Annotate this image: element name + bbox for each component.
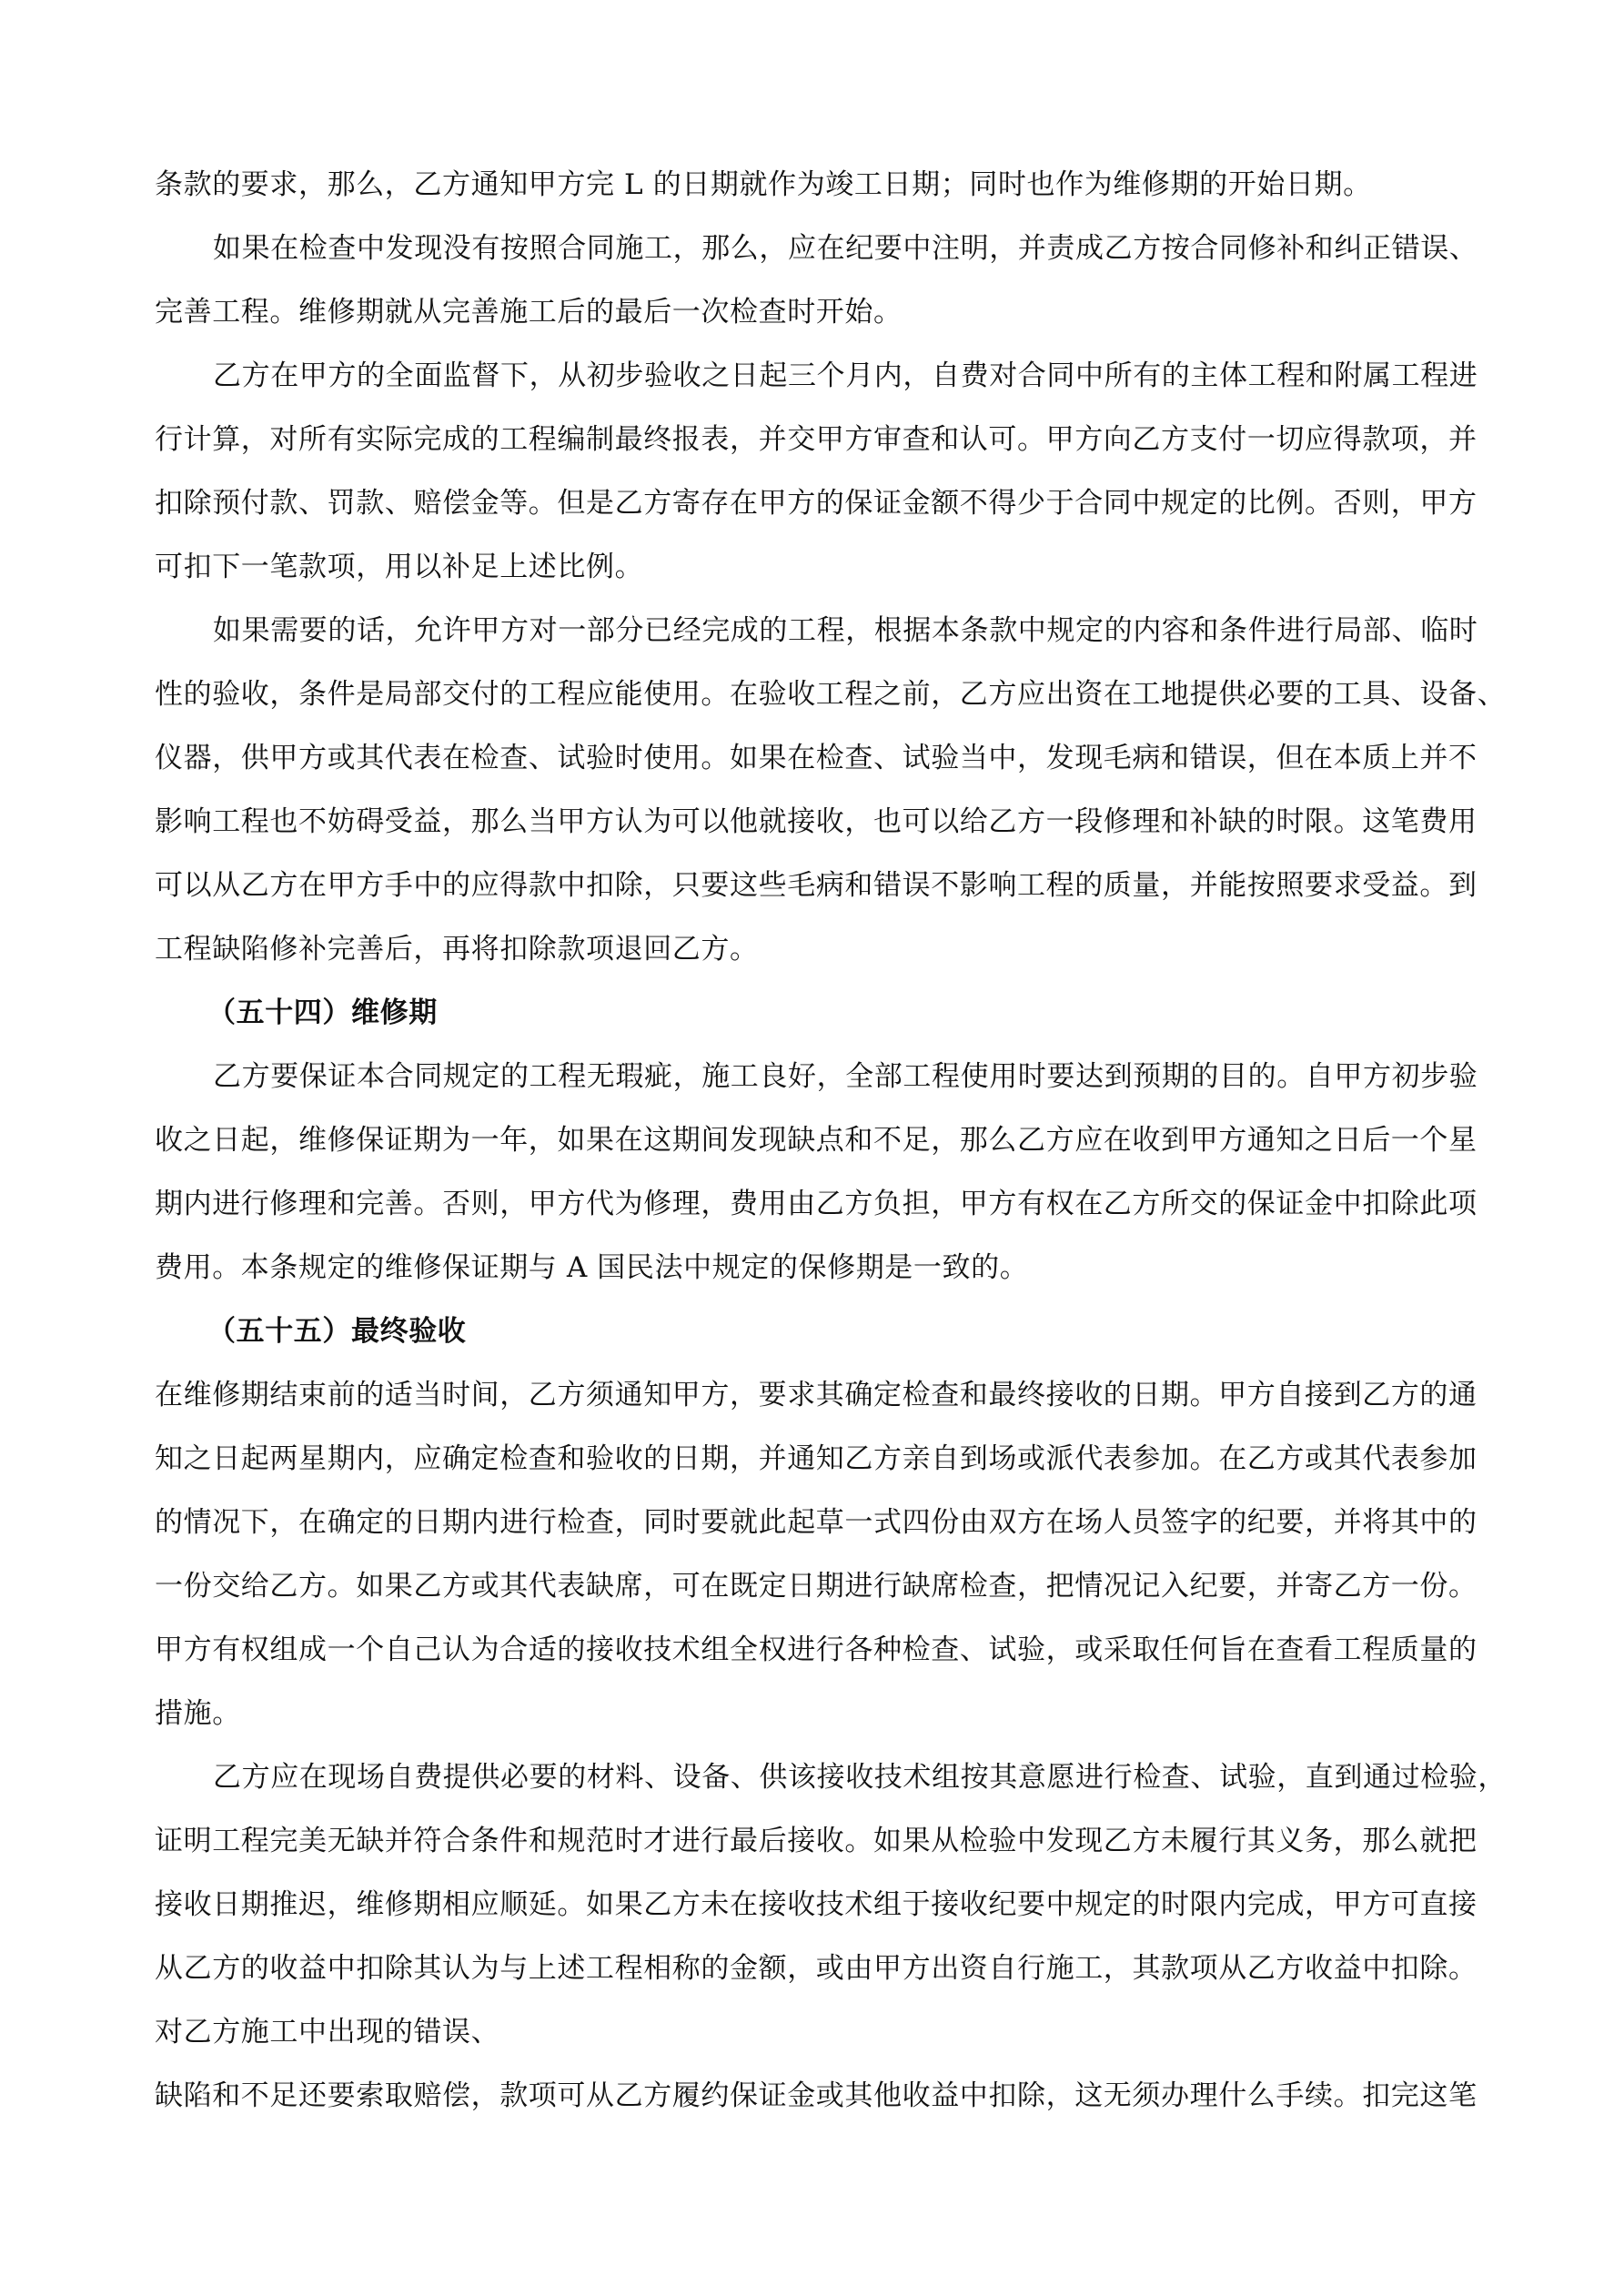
document-page: 条款的要求，那么，乙方通知甲方完 L 的日期就作为竣工日期；同时也作为维修期的开…	[155, 153, 1474, 2128]
body-text-line: 完善工程。维修期就从完善施工后的最后一次检查时开始。	[155, 280, 1474, 344]
body-text-line: 行计算，对所有实际完成的工程编制最终报表，并交甲方审查和认可。甲方向乙方支付一切…	[155, 408, 1474, 471]
body-text-line: 措施。	[155, 1682, 1474, 1745]
body-text-line: 扣除预付款、罚款、赔偿金等。但是乙方寄存在甲方的保证金额不得少于合同中规定的比例…	[155, 471, 1474, 535]
body-text-line: 收之日起，维修保证期为一年，如果在这期间发现缺点和不足，那么乙方应在收到甲方通知…	[155, 1108, 1474, 1172]
body-text-line: 从乙方的收益中扣除其认为与上述工程相称的金额，或由甲方出资自行施工，其款项从乙方…	[155, 1937, 1474, 2000]
body-text-line: 如果需要的话，允许甲方对一部分已经完成的工程，根据本条款中规定的内容和条件进行局…	[155, 599, 1474, 663]
body-text-line: 知之日起两星期内，应确定检查和验收的日期，并通知乙方亲自到场或派代表参加。在乙方…	[155, 1427, 1474, 1491]
body-text-line: 影响工程也不妨碍受益，那么当甲方认为可以他就接收，也可以给乙方一段修理和补缺的时…	[155, 790, 1474, 854]
body-text-line: 可扣下一笔款项，用以补足上述比例。	[155, 535, 1474, 599]
section-heading: （五十五）最终验收	[155, 1300, 1474, 1363]
section-heading: （五十四）维修期	[155, 981, 1474, 1045]
body-text-line: 性的验收，条件是局部交付的工程应能使用。在验收工程之前，乙方应出资在工地提供必要…	[155, 663, 1474, 726]
body-text-line: 甲方有权组成一个自己认为合适的接收技术组全权进行各种检查、试验，或采取任何旨在查…	[155, 1618, 1474, 1682]
body-text-line: 可以从乙方在甲方手中的应得款中扣除，只要这些毛病和错误不影响工程的质量，并能按照…	[155, 854, 1474, 917]
body-text-line: 一份交给乙方。如果乙方或其代表缺席，可在既定日期进行缺席检查，把情况记入纪要，并…	[155, 1554, 1474, 1618]
body-text-line: 的情况下，在确定的日期内进行检查，同时要就此起草一式四份由双方在场人员签字的纪要…	[155, 1491, 1474, 1554]
body-text-line: 乙方应在现场自费提供必要的材料、设备、供该接收技术组按其意愿进行检查、试验，直到…	[155, 1745, 1474, 1809]
body-text-line: 工程缺陷修补完善后，再将扣除款项退回乙方。	[155, 917, 1474, 981]
body-text-line: 在维修期结束前的适当时间，乙方须通知甲方，要求其确定检查和最终接收的日期。甲方自…	[155, 1363, 1474, 1427]
body-text-line: 仪器，供甲方或其代表在检查、试验时使用。如果在检查、试验当中，发现毛病和错误，但…	[155, 726, 1474, 790]
body-text-line: 如果在检查中发现没有按照合同施工，那么，应在纪要中注明，并责成乙方按合同修补和纠…	[155, 217, 1474, 280]
body-text-line: 条款的要求，那么，乙方通知甲方完 L 的日期就作为竣工日期；同时也作为维修期的开…	[155, 153, 1474, 217]
body-text-line: 费用。本条规定的维修保证期与 A 国民法中规定的保修期是一致的。	[155, 1236, 1474, 1300]
body-text-line: 接收日期推迟，维修期相应顺延。如果乙方未在接收技术组于接收纪要中规定的时限内完成…	[155, 1873, 1474, 1937]
body-text-line: 乙方在甲方的全面监督下，从初步验收之日起三个月内，自费对合同中所有的主体工程和附…	[155, 344, 1474, 408]
body-text-line: 期内进行修理和完善。否则，甲方代为修理，费用由乙方负担，甲方有权在乙方所交的保证…	[155, 1172, 1474, 1236]
body-text-line: 对乙方施工中出现的错误、	[155, 2000, 1474, 2064]
body-text-line: 证明工程完美无缺并符合条件和规范时才进行最后接收。如果从检验中发现乙方未履行其义…	[155, 1809, 1474, 1873]
body-text-line: 乙方要保证本合同规定的工程无瑕疵，施工良好，全部工程使用时要达到预期的目的。自甲…	[155, 1045, 1474, 1108]
body-text-line: 缺陷和不足还要索取赔偿，款项可从乙方履约保证金或其他收益中扣除，这无须办理什么手…	[155, 2064, 1474, 2128]
